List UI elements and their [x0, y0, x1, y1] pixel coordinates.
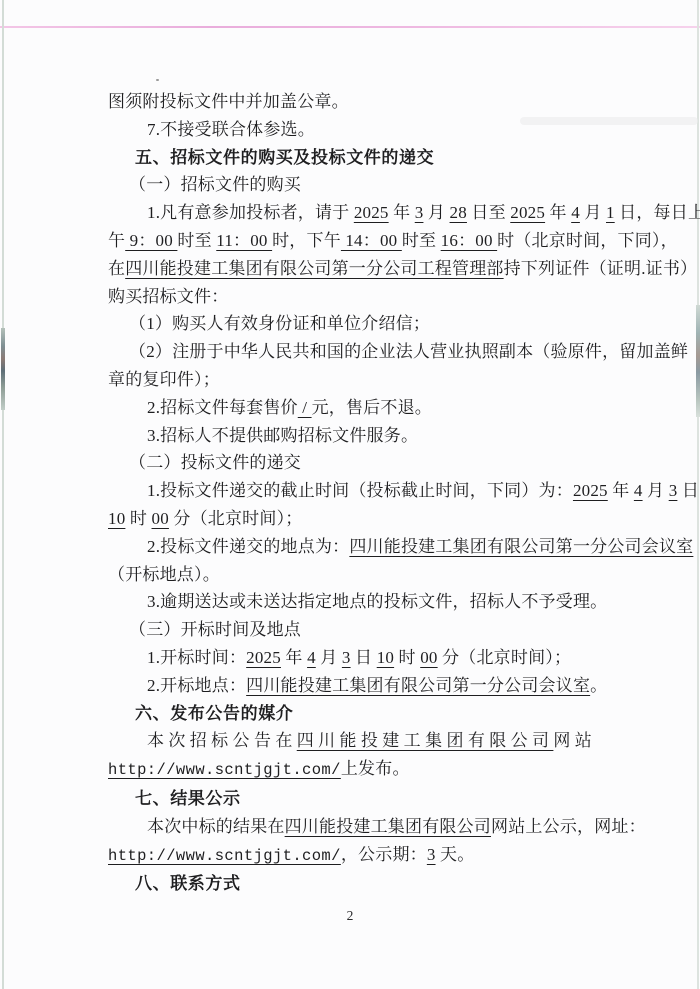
- text-segment: 八、联系方式: [135, 874, 241, 893]
- text-segment: 2.招标文件每套售价: [147, 398, 298, 417]
- text-line: 本次中标的结果在四川能投建工集团有限公司网站上公示，网址：: [108, 813, 592, 841]
- underlined-segment: 2025: [573, 481, 608, 500]
- text-line: 10 时 00 分（北京时间）；: [108, 505, 592, 533]
- page-number: 2: [0, 908, 700, 924]
- text-line: 3.逾期送达或未送达指定地点的投标文件，招标人不予受理。: [108, 588, 592, 616]
- underlined-segment: 10: [377, 648, 394, 667]
- text-segment: 3.招标人不提供邮购招标文件服务。: [147, 426, 418, 445]
- text-segment: 分（北京时间）；: [438, 648, 572, 667]
- text-segment: 元，售后不退。: [312, 398, 432, 417]
- text-line: http://www.scntjgjt.com/上发布。: [108, 755, 592, 785]
- text-segment: （二）投标文件的递交: [129, 453, 301, 472]
- text-segment: 网站: [553, 731, 592, 750]
- text-line: （开标地点）。: [108, 561, 592, 589]
- text-line: 2.开标地点：四川能投建工集团有限公司第一分公司会议室。: [108, 672, 592, 700]
- scan-artifact-right-edge-marks: [696, 305, 700, 417]
- underlined-segment: 4: [307, 648, 316, 667]
- underlined-segment: 4: [571, 203, 580, 222]
- text-segment: 年: [545, 203, 571, 222]
- text-segment: （三）开标时间及地点: [129, 620, 301, 639]
- scan-artifact-pink-line: [0, 26, 700, 28]
- text-segment: 1.凡有意参加投标者，请于: [147, 203, 354, 222]
- text-segment: （1）购买人有效身份证和单位介绍信；: [129, 314, 430, 333]
- text-segment: 时（北京时间，下同），: [497, 231, 678, 250]
- text-line: http://www.scntjgjt.com/，公示期：3 天。: [108, 841, 592, 871]
- text-segment: 日: [351, 648, 377, 667]
- underlined-segment: 2025: [354, 203, 389, 222]
- text-segment: 日: [677, 481, 699, 500]
- underlined-segment: 四川能投建工集团有限公司第一分公司会议室: [349, 537, 693, 556]
- text-line: 1.投标文件递交的截止时间（投标截止时间，下同）为：2025 年 4 月 3 日: [108, 477, 592, 505]
- text-line: （二）投标文件的递交: [108, 449, 592, 477]
- text-line: 在四川能投建工集团有限公司第一分公司工程管理部持下列证件（证明.证书）: [108, 255, 592, 283]
- scan-artifact-left-edge: [2, 0, 4, 989]
- text-line: 7.不接受联合体参选。: [108, 116, 592, 144]
- text-segment: ，公示期：: [341, 845, 427, 864]
- text-segment: 年: [389, 203, 415, 222]
- scan-artifact-speck: [156, 79, 159, 81]
- text-segment: 时: [125, 509, 151, 528]
- underlined-segment: 3: [342, 648, 351, 667]
- text-line: 1.凡有意参加投标者，请于 2025 年 3 月 28 日至 2025 年 4 …: [108, 199, 592, 227]
- section-heading-line: 七、结果公示: [108, 785, 592, 813]
- underlined-segment: 2025: [246, 648, 281, 667]
- text-segment: 日，每日上: [615, 203, 700, 222]
- underlined-segment: 1: [606, 203, 615, 222]
- text-segment: 图须附投标文件中并加盖公章。: [108, 92, 349, 111]
- underlined-segment: 11：00: [216, 231, 272, 250]
- text-line: （一）招标文件的购买: [108, 171, 592, 199]
- underlined-segment: 28: [450, 203, 467, 222]
- underlined-segment: /: [298, 398, 312, 417]
- text-segment: 日至: [467, 203, 510, 222]
- url-text: http://www.scntjgjt.com/: [108, 761, 341, 779]
- url-text: http://www.scntjgjt.com/: [108, 847, 341, 865]
- text-line: （三）开标时间及地点: [108, 616, 592, 644]
- document-body: 图须附投标文件中并加盖公章。7.不接受联合体参选。五、招标文件的购买及投标文件的…: [108, 88, 592, 898]
- text-segment: 章的复印件）；: [108, 370, 220, 389]
- text-line: 1.开标时间：2025 年 4 月 3 日 10 时 00 分（北京时间）；: [108, 644, 592, 672]
- underlined-segment: 16：00: [441, 231, 497, 250]
- underlined-segment: 四川能投建工集团有限公司: [297, 731, 554, 750]
- text-segment: （2）注册于中华人民共和国的企业法人营业执照副本（验原件，留加盖鲜: [129, 342, 688, 361]
- text-segment: 在: [108, 259, 125, 278]
- text-segment: 7.不接受联合体参选。: [147, 120, 315, 139]
- scanned-document-page: 图须附投标文件中并加盖公章。7.不接受联合体参选。五、招标文件的购买及投标文件的…: [0, 0, 700, 989]
- text-line: 2.投标文件递交的地点为：四川能投建工集团有限公司第一分公司会议室: [108, 533, 592, 561]
- underlined-segment: 四川能投建工集团有限公司: [285, 817, 491, 836]
- text-segment: 本次招标公告在: [147, 731, 297, 750]
- text-line: 2.招标文件每套售价 / 元，售后不退。: [108, 394, 592, 422]
- text-segment: 时: [394, 648, 420, 667]
- text-segment: 2.开标地点：: [147, 676, 246, 695]
- underlined-segment: 14：00: [341, 231, 402, 250]
- text-segment: 年: [608, 481, 634, 500]
- underlined-segment: 9：00: [125, 231, 177, 250]
- text-segment: （一）招标文件的购买: [129, 175, 301, 194]
- text-segment: 天。: [436, 845, 475, 864]
- text-segment: 1.投标文件递交的截止时间（投标截止时间，下同）为：: [147, 481, 573, 500]
- text-segment: 五、招标文件的购买及投标文件的递交: [135, 148, 434, 167]
- text-segment: 七、结果公示: [135, 789, 241, 808]
- underlined-segment: 3: [427, 845, 436, 864]
- underlined-segment: 4: [634, 481, 643, 500]
- text-segment: 。: [590, 676, 607, 695]
- underlined-segment: 00: [152, 509, 169, 528]
- section-heading-line: 六、发布公告的媒介: [108, 700, 592, 728]
- text-line: 章的复印件）；: [108, 366, 592, 394]
- text-segment: 午: [108, 231, 125, 250]
- section-heading-line: 五、招标文件的购买及投标文件的递交: [108, 144, 592, 172]
- text-line: 3.招标人不提供邮购招标文件服务。: [108, 422, 592, 450]
- text-segment: 2.投标文件递交的地点为：: [147, 537, 349, 556]
- text-segment: 时，下午: [272, 231, 341, 250]
- text-segment: 上发布。: [341, 759, 410, 778]
- text-line: （2）注册于中华人民共和国的企业法人营业执照副本（验原件，留加盖鲜: [108, 338, 592, 366]
- underlined-segment: 四川能投建工集团有限公司第一分公司工程管理部: [125, 259, 503, 278]
- text-segment: 3.逾期送达或未送达指定地点的投标文件，招标人不予受理。: [147, 592, 607, 611]
- text-segment: （开标地点）。: [108, 565, 220, 584]
- text-segment: 本次中标的结果在: [147, 817, 285, 836]
- text-segment: 时至: [177, 231, 216, 250]
- underlined-segment: 00: [420, 648, 437, 667]
- text-segment: 分（北京时间）；: [169, 509, 303, 528]
- underlined-segment: 2025: [510, 203, 545, 222]
- text-segment: 年: [281, 648, 307, 667]
- section-heading-line: 八、联系方式: [108, 870, 592, 898]
- text-segment: 网站上公示，网址：: [491, 817, 646, 836]
- text-segment: 时至: [402, 231, 441, 250]
- text-line: 图须附投标文件中并加盖公章。: [108, 88, 592, 116]
- underlined-segment: 10: [108, 509, 125, 528]
- text-line: 午 9：00 时至 11：00 时，下午 14：00 时至 16：00 时（北京…: [108, 227, 592, 255]
- scan-artifact-left-edge-marks: [1, 328, 5, 410]
- text-segment: 月: [580, 203, 606, 222]
- text-line: （1）购买人有效身份证和单位介绍信；: [108, 310, 592, 338]
- text-segment: 月: [316, 648, 342, 667]
- text-line: 本次招标公告在四川能投建工集团有限公司网站: [108, 727, 592, 755]
- text-line: 购买招标文件：: [108, 283, 592, 311]
- text-segment: 月: [643, 481, 669, 500]
- text-segment: 1.开标时间：: [147, 648, 246, 667]
- text-segment: 购买招标文件：: [108, 287, 228, 306]
- text-segment: 六、发布公告的媒介: [135, 704, 293, 723]
- underlined-segment: 四川能投建工集团有限公司第一分公司会议室: [246, 676, 590, 695]
- text-segment: 持下列证件（证明.证书）: [504, 259, 698, 278]
- text-segment: 月: [423, 203, 449, 222]
